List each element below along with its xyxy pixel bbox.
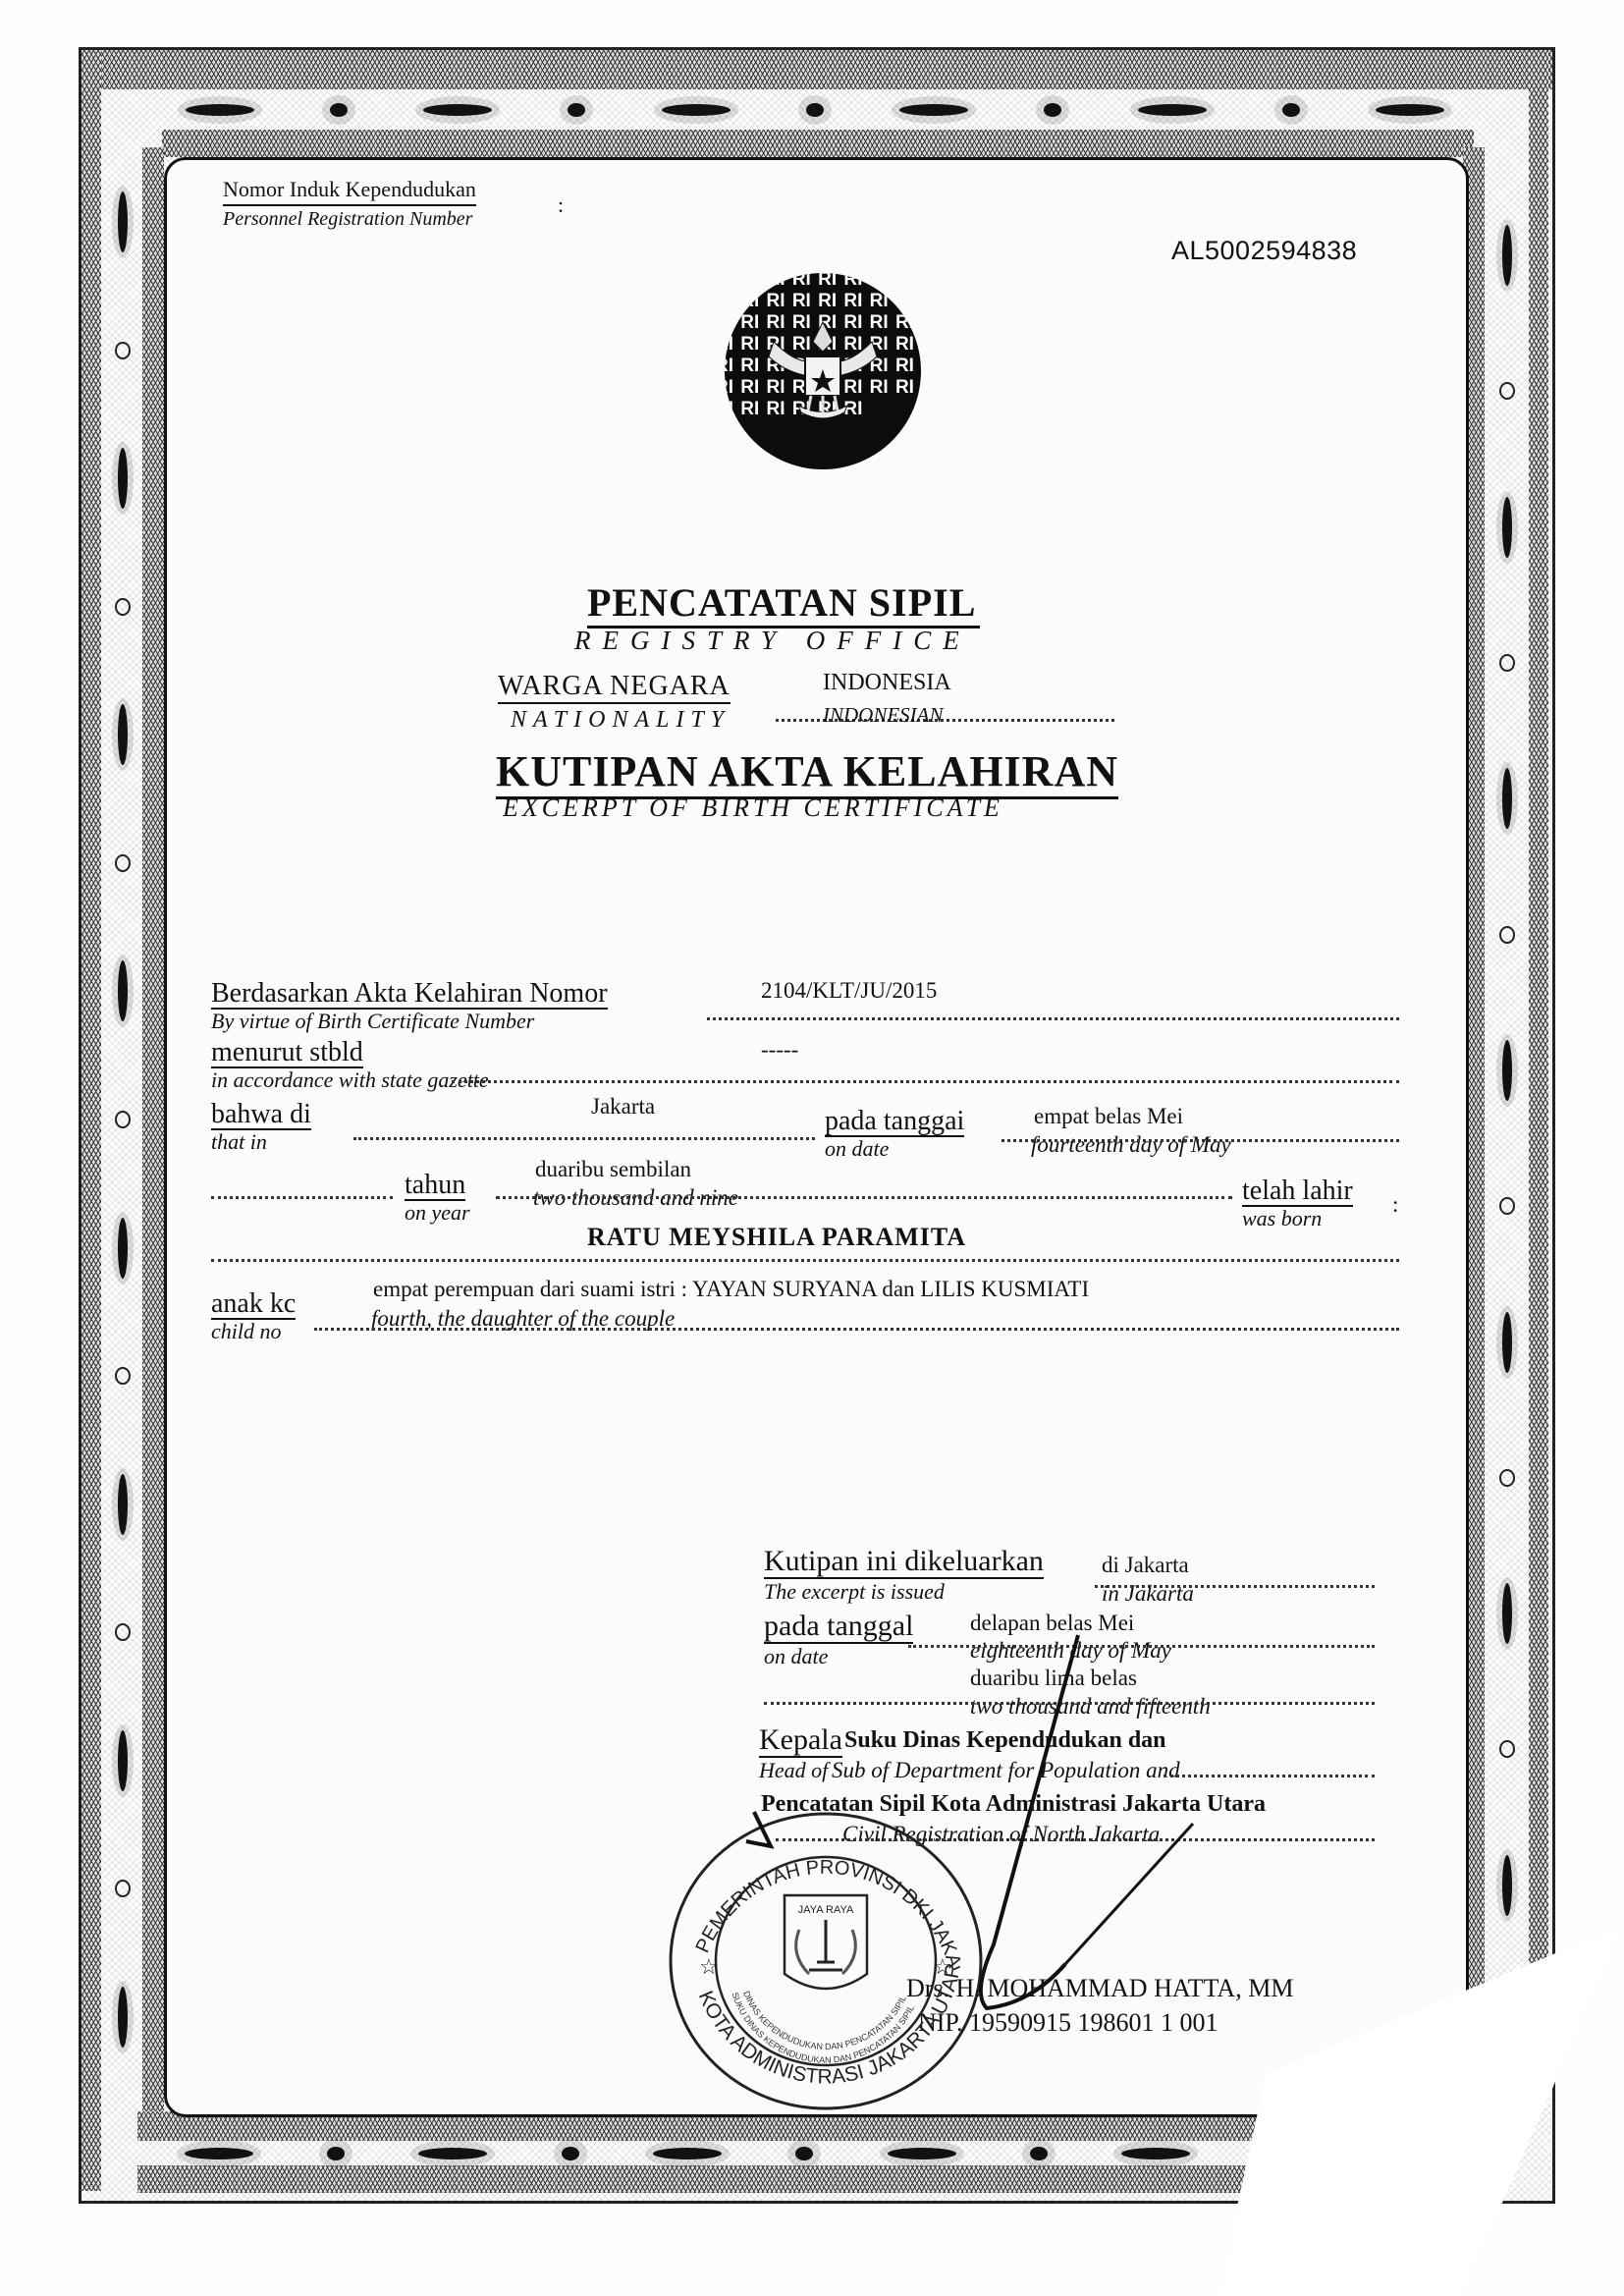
ornament-icon [118,1474,128,1535]
issued-date-label-en: on date [764,1644,913,1669]
was-born-label-en: was born [1242,1207,1353,1230]
office-title-en: REGISTRY OFFICE [574,626,971,656]
ornament-icon [1282,103,1300,117]
svg-text:☆: ☆ [933,1954,952,1979]
ornament-icon [115,1111,131,1128]
ornament-icon [1030,2147,1048,2160]
child-order-label-id: anak kc [211,1289,296,1320]
head-label-id: Kepala [759,1724,842,1758]
ornament-icon [115,854,131,872]
issued-date-value-en: eighteenth day of May [970,1638,1171,1664]
ornament-icon [888,2148,956,2159]
border-ornaments-right [1492,177,1522,1964]
state-gazette-value: ----- [761,1037,798,1063]
border-band-right [1529,50,1548,2014]
birth-year-dotted-line [496,1196,1232,1199]
nik-label: Nomor Induk Kependudukan Personnel Regis… [223,177,476,231]
ornament-icon [115,1880,131,1897]
document-title: KUTIPAN AKTA KELAHIRAN [496,746,1118,799]
child-name: RATU MEYSHILA PARAMITA [587,1223,966,1252]
child-order-value: empat perempuan dari suami istri : YAYAN… [373,1277,1089,1302]
garuda-emblem-icon: RI RI RI RI RI RI RI RI RI RI RI RI RI R… [725,273,921,469]
ornament-icon [568,103,585,117]
ornament-icon [1499,654,1515,672]
ornament-icon [118,191,128,252]
office-title: PENCATATAN SIPIL [587,579,980,629]
ornament-icon [118,960,128,1021]
certificate-number-value: 2104/KLT/JU/2015 [761,978,937,1004]
ornament-icon [1502,497,1512,558]
birth-date-value: empat belas Mei [1034,1104,1183,1129]
child-order-dotted-line [314,1328,1399,1331]
state-gazette-label-id: menurut stbld [211,1038,363,1068]
birth-place-label-en: that in [211,1130,311,1154]
birth-date-label-id: pada tanggai [825,1107,964,1137]
ornament-icon [1502,1855,1512,1916]
ornament-icon [1502,225,1512,286]
ornament-icon [1502,1312,1512,1373]
ornament-icon [118,704,128,765]
ornament-icon [806,103,824,117]
issued-date-value: delapan belas Mei [970,1611,1134,1636]
ornament-icon [423,104,492,116]
ornament-icon [1499,1469,1515,1487]
serial-number: AL5002594838 [1171,236,1357,266]
birth-place-label: bahwa di that in [211,1100,311,1155]
ornament-icon [795,2147,813,2160]
certificate-number-dotted-line [707,1017,1399,1020]
ornament-icon [1499,1197,1515,1215]
ornament-icon [115,342,131,359]
birth-place-label-id: bahwa di [211,1100,311,1130]
ornament-icon [1502,768,1512,829]
issued-place-dotted-line [1095,1585,1375,1588]
issued-date-label: pada tanggal on date [764,1611,913,1669]
border-ornaments-left [108,147,137,2092]
issued-place-value: di Jakarta [1102,1553,1189,1578]
ornament-icon [327,2147,345,2160]
nationality-value-en: INDONESIAN [823,703,944,728]
issued-label: Kutipan ini dikeluarkan The excerpt is i… [764,1546,1044,1605]
ornament-icon [1499,382,1515,400]
svg-text:☆: ☆ [699,1954,719,1979]
nik-label-en: Personnel Registration Number [223,208,476,231]
ornament-icon [1138,104,1207,116]
certificate-number-label: Berdasarkan Akta Kelahiran Nomor By virt… [211,979,608,1034]
document-title-en: EXCERPT OF BIRTH CERTIFICATE [503,793,1003,823]
issued-label-id: Kutipan ini dikeluarkan [764,1546,1044,1579]
ornament-icon [118,1987,128,2048]
ornament-icon [662,104,731,116]
certificate-number-label-en: By virtue of Birth Certificate Number [211,1010,608,1033]
ornament-icon [1499,1740,1515,1758]
birth-date-dotted-line [1001,1139,1399,1142]
birth-place-value: Jakarta [591,1094,655,1120]
ornament-icon [1044,103,1061,117]
border-band-left [81,50,101,2191]
issued-label-en: The excerpt is issued [764,1579,1044,1605]
birth-year-label-en: on year [405,1201,470,1225]
ornament-icon [1376,104,1444,116]
ornament-icon [118,448,128,509]
was-born-colon: : [1392,1192,1398,1218]
ornament-icon [115,1623,131,1641]
nationality-value: INDONESIA [823,670,951,696]
head-label-en: Head of [759,1758,842,1783]
nationality-label-en: NATIONALITY [511,707,731,734]
ornament-icon [185,2148,253,2159]
birth-place-dotted-line [353,1137,815,1140]
state-gazette-label: menurut stbld in accordance with state g… [211,1038,489,1093]
border-band-top [81,50,1552,89]
office-line1-dotted-line [1164,1775,1375,1777]
issued-year-value: duaribu lima belas [970,1666,1137,1691]
birth-year-value: duaribu sembilan [535,1157,691,1182]
issued-date-dotted-line [908,1645,1375,1648]
ornament-icon [418,2148,487,2159]
ornament-icon [118,1218,128,1279]
ornament-icon [1121,2148,1190,2159]
birth-certificate-page: Nomor Induk Kependudukan Personnel Regis… [0,0,1624,2296]
ornament-icon [115,598,131,616]
border-band-bottom [137,2165,1316,2193]
svg-text:PEMERINTAH PROVINSI DKI JAKART: PEMERINTAH PROVINSI DKI JAKARTA [662,1797,965,1971]
svg-text:JAYA RAYA: JAYA RAYA [798,1904,854,1916]
head-label: Kepala Head of [759,1724,842,1783]
was-born-label-id: telah lahir [1242,1176,1353,1207]
birth-date-label-en: on date [825,1137,964,1161]
office-line1-en: Sub of Department for Population and [832,1758,1180,1783]
child-order-label: anak kc child no [211,1289,296,1344]
ornament-icon [118,1730,128,1791]
garuda-icon [754,302,892,440]
birth-year-label: tahun on year [405,1171,470,1226]
border-band-left-inner [142,147,164,2121]
issued-year-dotted-line [764,1702,1375,1705]
child-order-label-en: child no [211,1320,296,1343]
border-ornaments-bottom [147,2141,1227,2166]
office-line1: Suku Dinas Kependudukan dan [844,1727,1166,1754]
official-stamp-icon: PEMERINTAH PROVINSI DKI JAKARTA KOTA ADM… [662,1797,990,2125]
birth-year-label-id: tahun [405,1171,465,1201]
birth-date-label: pada tanggai on date [825,1107,964,1162]
ornament-icon [562,2147,579,2160]
child-name-dotted-line [211,1259,1399,1262]
ornament-icon [1499,926,1515,944]
ornament-icon [653,2148,722,2159]
certificate-number-label-id: Berdasarkan Akta Kelahiran Nomor [211,979,608,1010]
birth-date-value-en: fourteenth day of May [1031,1132,1231,1158]
issued-date-label-id: pada tanggal [764,1611,913,1644]
border-band-top-inner [162,130,1474,157]
border-ornaments-top [147,90,1483,130]
state-gazette-label-en: in accordance with state gazette [211,1068,489,1092]
state-gazette-dotted-line [452,1080,1399,1083]
ornament-icon [899,104,968,116]
year-leading-dotted-line [211,1196,393,1199]
was-born-label: telah lahir was born [1242,1176,1353,1231]
ornament-icon [330,103,348,117]
ornament-icon [115,1367,131,1385]
nationality-label: WARGA NEGARA [498,671,731,704]
nik-colon: : [558,192,564,218]
ornament-icon [1502,1583,1512,1644]
ornament-icon [186,104,254,116]
ornament-icon [1502,1040,1512,1101]
issued-year-value-en: two thousand and fifteenth [970,1694,1211,1720]
nik-label-id: Nomor Induk Kependudukan [223,177,476,206]
